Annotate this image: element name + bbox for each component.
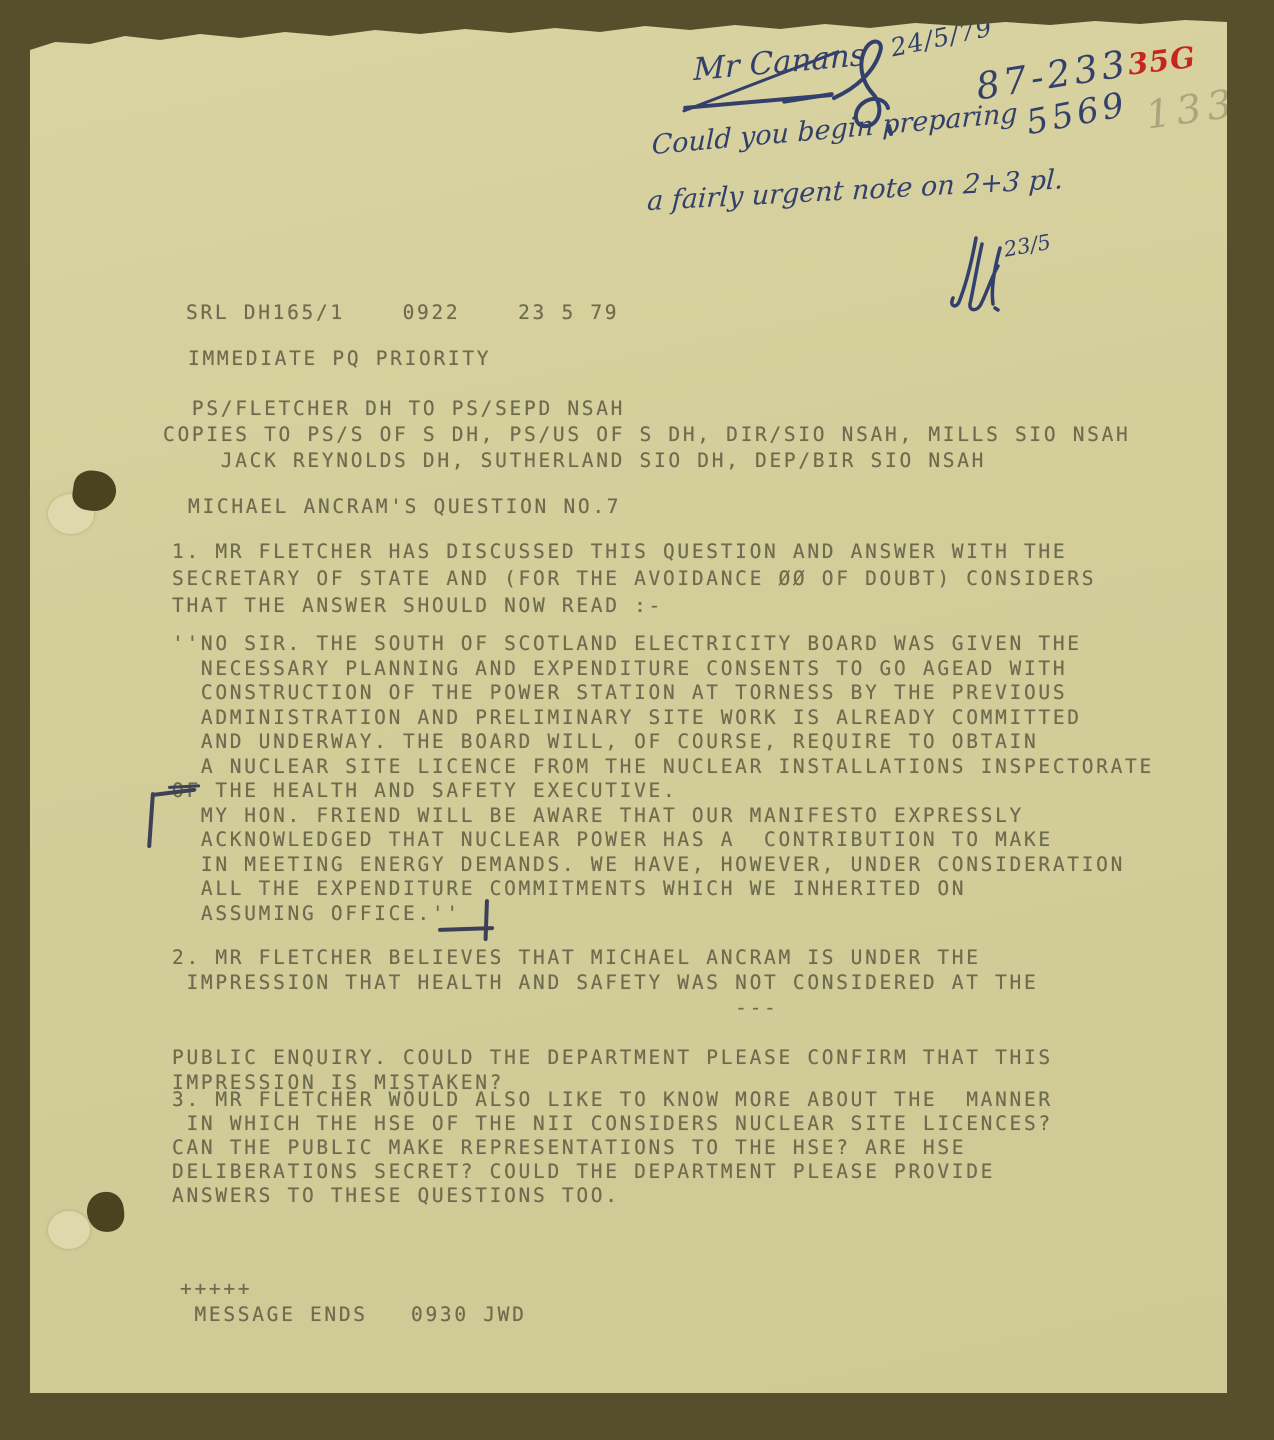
punch-hole-bottom	[85, 1190, 126, 1234]
typed-quote: ''NO SIR. THE SOUTH OF SCOTLAND ELECTRIC…	[172, 632, 1154, 926]
typed-line: COPIES TO PS/S OF S DH, PS/US OF S DH, D…	[163, 422, 1130, 448]
typed-line: ACKNOWLEDGED THAT NUCLEAR POWER HAS A CO…	[172, 828, 1154, 853]
typed-line: ---	[172, 995, 1053, 1020]
hole-reinforcement-bottom	[48, 1211, 90, 1249]
typed-line: 1. MR FLETCHER HAS DISCUSSED THIS QUESTI…	[172, 538, 1096, 565]
typed-line	[172, 1020, 1053, 1045]
typed-line: CAN THE PUBLIC MAKE REPRESENTATIONS TO T…	[172, 1136, 1053, 1160]
typed-line: IMPRESSION THAT HEALTH AND SAFETY WAS NO…	[172, 970, 1053, 995]
paper-sheet: Mr Canans 24/5/79 87-233 35G 5569 133 Co…	[30, 0, 1227, 1393]
typed-line: CONSTRUCTION OF THE POWER STATION AT TOR…	[172, 681, 1154, 706]
typed-line: ANSWERS TO THESE QUESTIONS TOO.	[172, 1184, 1053, 1208]
typed-line: THAT THE ANSWER SHOULD NOW READ :-	[172, 592, 1096, 619]
typed-line: OF THE HEALTH AND SAFETY EXECUTIVE.	[172, 779, 1154, 804]
annotation-note-line2: a fairly urgent note on 2+3 pl.	[646, 164, 1064, 217]
typed-line: MICHAEL ANCRAM'S QUESTION NO.7	[188, 494, 621, 520]
typed-footer: +++++ MESSAGE ENDS 0930 JWD	[180, 1276, 527, 1328]
typed-line: 2. MR FLETCHER BELIEVES THAT MICHAEL ANC…	[172, 945, 1053, 970]
typed-line: ALL THE EXPENDITURE COMMITMENTS WHICH WE…	[172, 877, 1154, 902]
typed-line: A NUCLEAR SITE LICENCE FROM THE NUCLEAR …	[172, 755, 1154, 780]
annotation-top-date: 24/5/79	[888, 13, 995, 63]
typed-line: IN MEETING ENERGY DEMANDS. WE HAVE, HOWE…	[172, 853, 1154, 878]
punch-hole-top	[70, 468, 118, 514]
annotation-ref-red: 35G	[1126, 40, 1198, 82]
typed-line: 3. MR FLETCHER WOULD ALSO LIKE TO KNOW M…	[172, 1088, 1053, 1112]
typed-line: ADMINISTRATION AND PRELIMINARY SITE WORK…	[172, 706, 1154, 731]
typed-para3: 3. MR FLETCHER WOULD ALSO LIKE TO KNOW M…	[172, 1088, 1053, 1208]
typed-priority: IMMEDIATE PQ PRIORITY	[188, 346, 491, 372]
typed-line: MY HON. FRIEND WILL BE AWARE THAT OUR MA…	[172, 804, 1154, 829]
typed-line: NECESSARY PLANNING AND EXPENDITURE CONSE…	[172, 657, 1154, 682]
typed-para1: 1. MR FLETCHER HAS DISCUSSED THIS QUESTI…	[172, 538, 1096, 619]
typed-line: SRL DH165/1 0922 23 5 79	[186, 300, 619, 326]
typed-line: IMMEDIATE PQ PRIORITY	[188, 346, 491, 372]
arrow-dash	[782, 92, 834, 104]
pen-bracket-side	[147, 792, 155, 848]
typed-line: AND UNDERWAY. THE BOARD WILL, OF COURSE,…	[172, 730, 1154, 755]
typed-line: PUBLIC ENQUIRY. COULD THE DEPARTMENT PLE…	[172, 1045, 1053, 1070]
typed-subject: MICHAEL ANCRAM'S QUESTION NO.7	[188, 494, 621, 520]
typed-line: ASSUMING OFFICE.''	[172, 902, 1154, 927]
typed-line: PS/FLETCHER DH TO PS/SEPD NSAH	[163, 396, 1130, 422]
typed-line: SECRETARY OF STATE AND (FOR THE AVOIDANC…	[172, 565, 1096, 592]
typed-header: SRL DH165/1 0922 23 5 79	[186, 300, 619, 326]
pen-tick-vertical	[484, 899, 489, 941]
annotation-page-number: 133	[1143, 81, 1241, 138]
typed-addressing: PS/FLETCHER DH TO PS/SEPD NSAH COPIES TO…	[163, 396, 1130, 474]
scanned-telex-page: { "colors": { "background": "#564f2b", "…	[0, 0, 1274, 1440]
typed-line: IN WHICH THE HSE OF THE NII CONSIDERS NU…	[172, 1112, 1053, 1136]
typed-line: ''NO SIR. THE SOUTH OF SCOTLAND ELECTRIC…	[172, 632, 1154, 657]
typed-line: MESSAGE ENDS 0930 JWD	[180, 1302, 527, 1328]
typed-line: +++++	[180, 1276, 527, 1302]
typed-line: DELIBERATIONS SECRET? COULD THE DEPARTME…	[172, 1160, 1053, 1184]
typed-line: JACK REYNOLDS DH, SUTHERLAND SIO DH, DEP…	[163, 448, 1130, 474]
typed-para2: 2. MR FLETCHER BELIEVES THAT MICHAEL ANC…	[172, 945, 1053, 1095]
